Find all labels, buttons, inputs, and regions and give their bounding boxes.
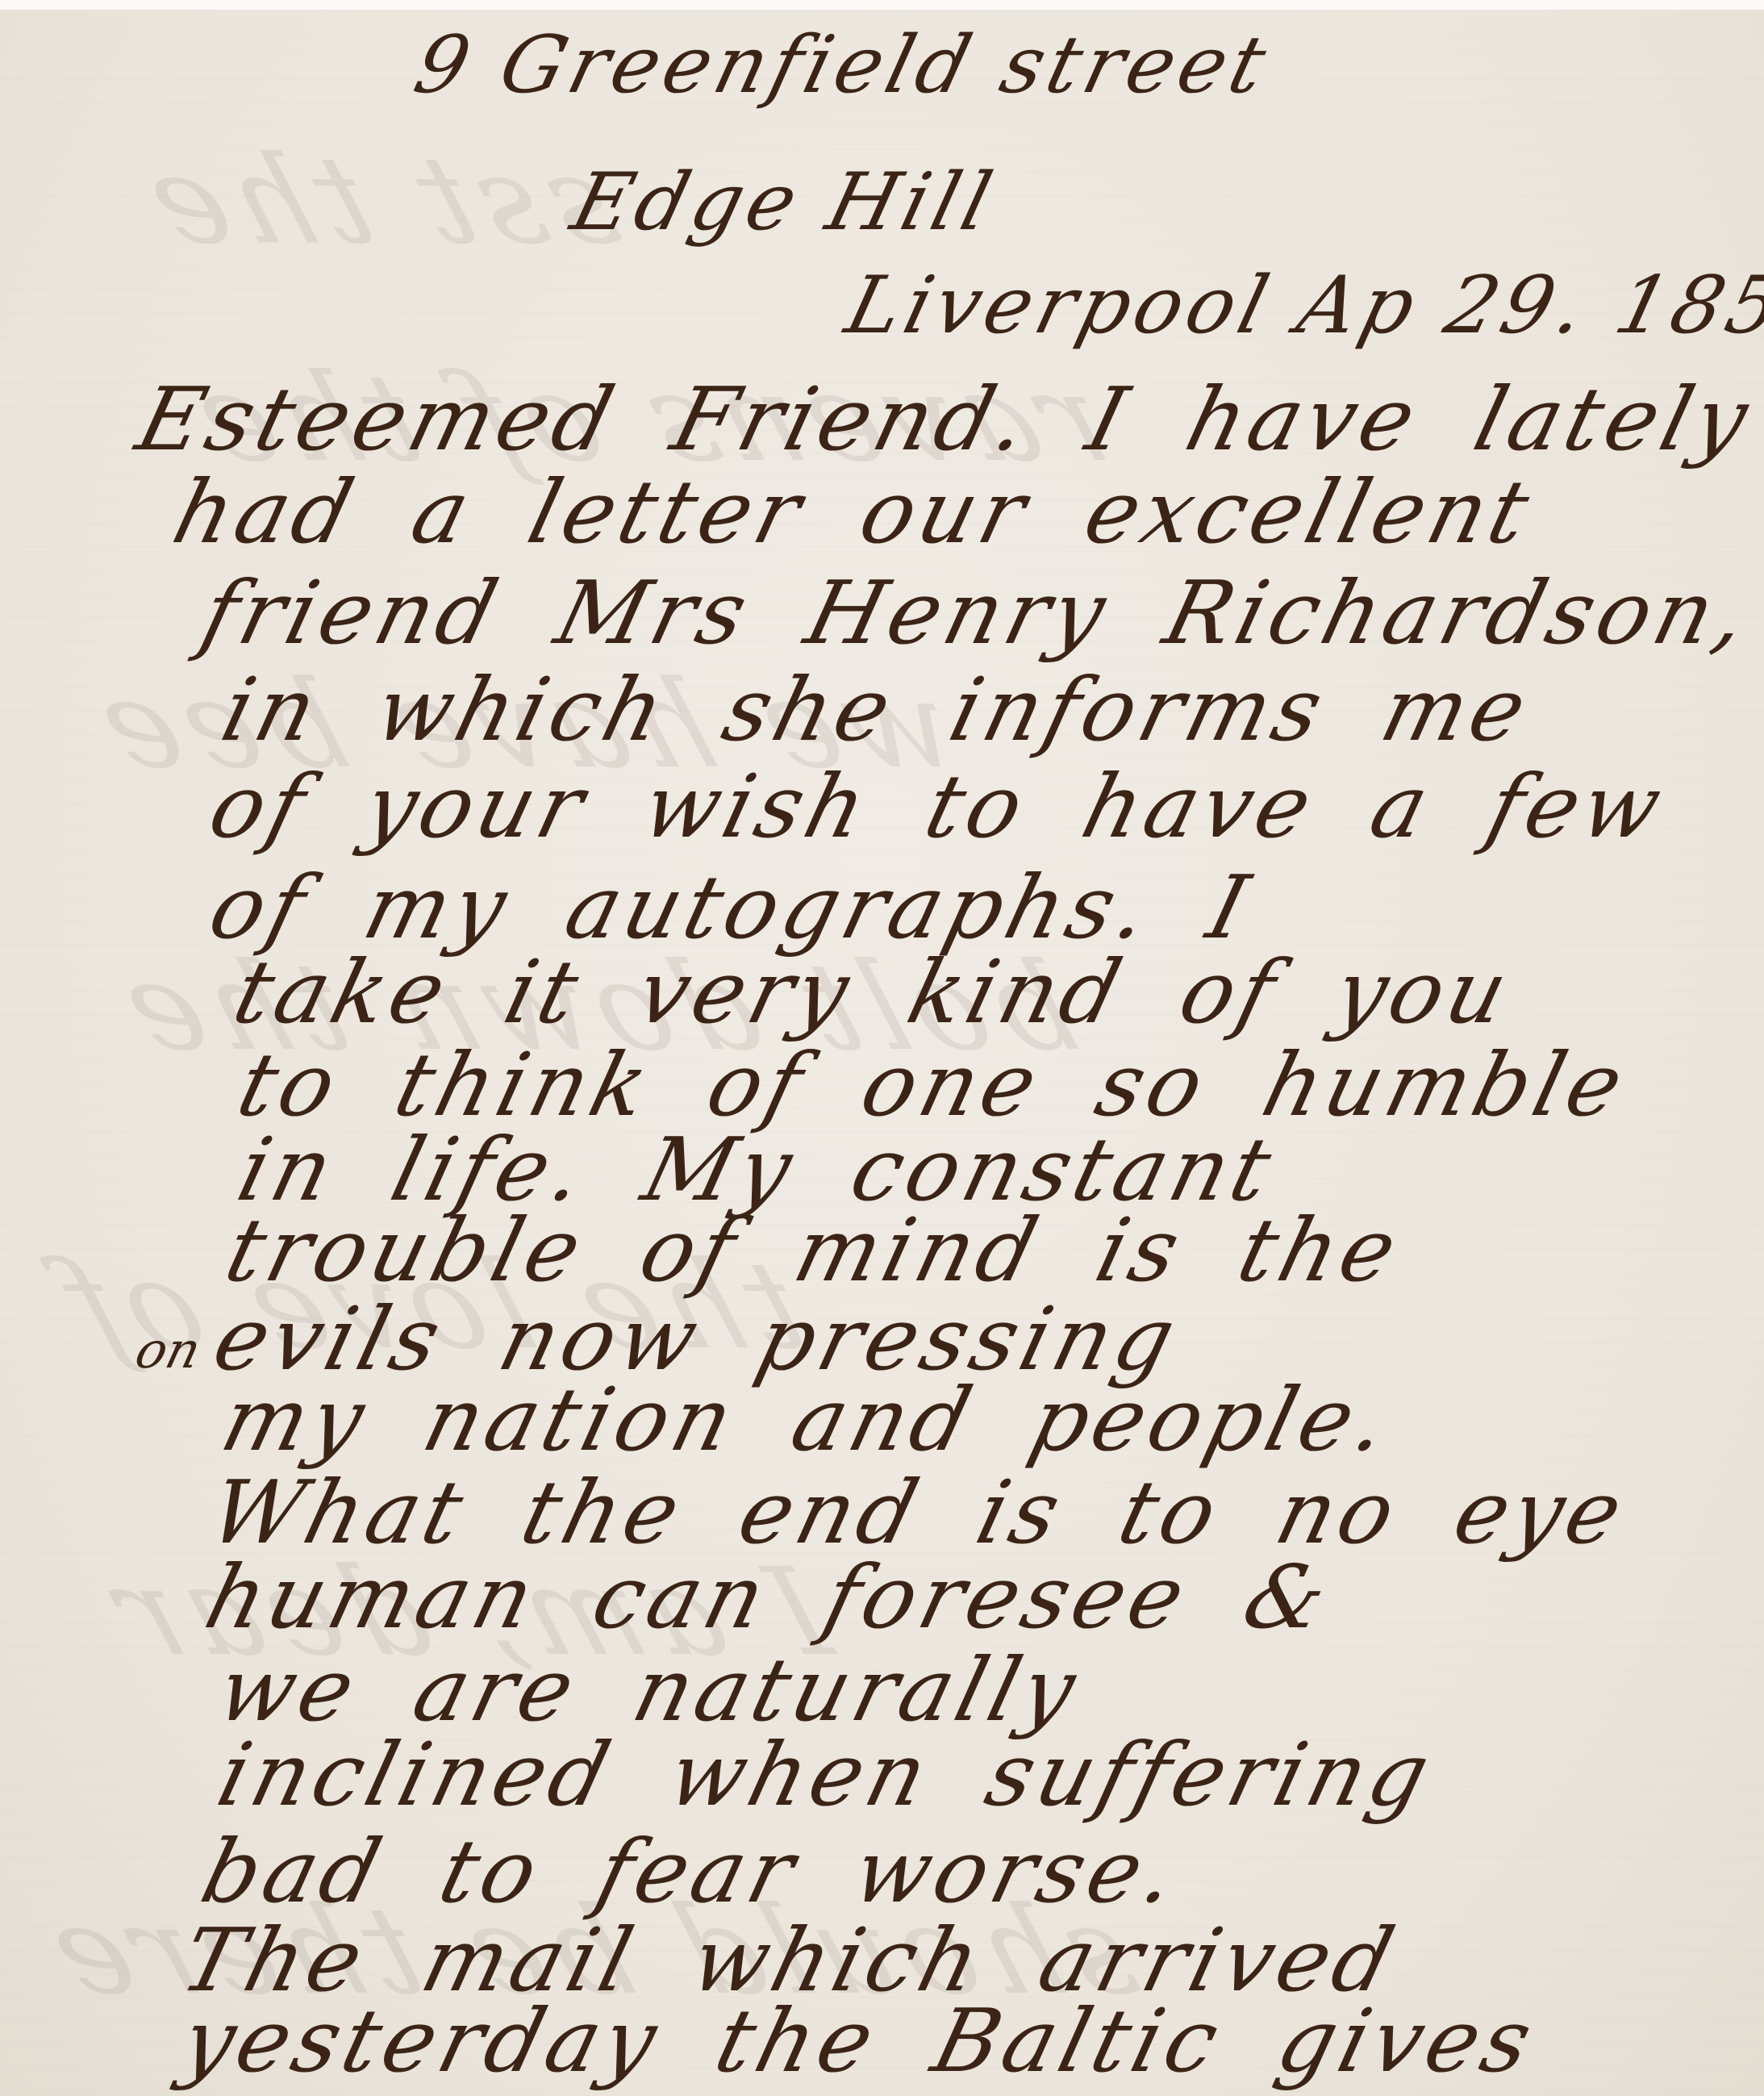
body-line: human can foresee & [198, 1555, 1340, 1642]
top-border [0, 0, 1764, 10]
body-line: friend Mrs Henry Richardson, [194, 570, 1760, 658]
address-line-1: 9 Greenfield street [407, 26, 1278, 105]
body-line: had a letter our excellent [165, 470, 1541, 557]
body-line: of my autographs. I [202, 865, 1261, 952]
body-line: of your wish to have a few [202, 764, 1674, 851]
place-and-date: Liverpool Ap 29. 1851 [839, 266, 1764, 345]
body-line: yesterday the Baltic gives [173, 1998, 1544, 2086]
body-line: trouble of mind is the [218, 1208, 1409, 1295]
interlinear-insertion: on [130, 1321, 206, 1380]
body-line: we are naturally [210, 1647, 1088, 1735]
body-line: in which she informs me [214, 667, 1539, 754]
body-line: my nation and people. [214, 1377, 1400, 1464]
letter-page: sst the ravens of the we have bee bolt d… [0, 10, 1764, 2096]
address-line-2: Edge Hill [565, 163, 1003, 242]
body-line: to think of one so humble [230, 1042, 1636, 1129]
body-line: Esteemed Friend. I have lately [129, 377, 1761, 464]
body-line: take it very kind of you [226, 950, 1520, 1037]
body-line: bad to fear worse. [194, 1829, 1189, 1916]
body-line: inclined when suffering [210, 1732, 1441, 1819]
body-line: What the end is to no eye [202, 1470, 1635, 1557]
